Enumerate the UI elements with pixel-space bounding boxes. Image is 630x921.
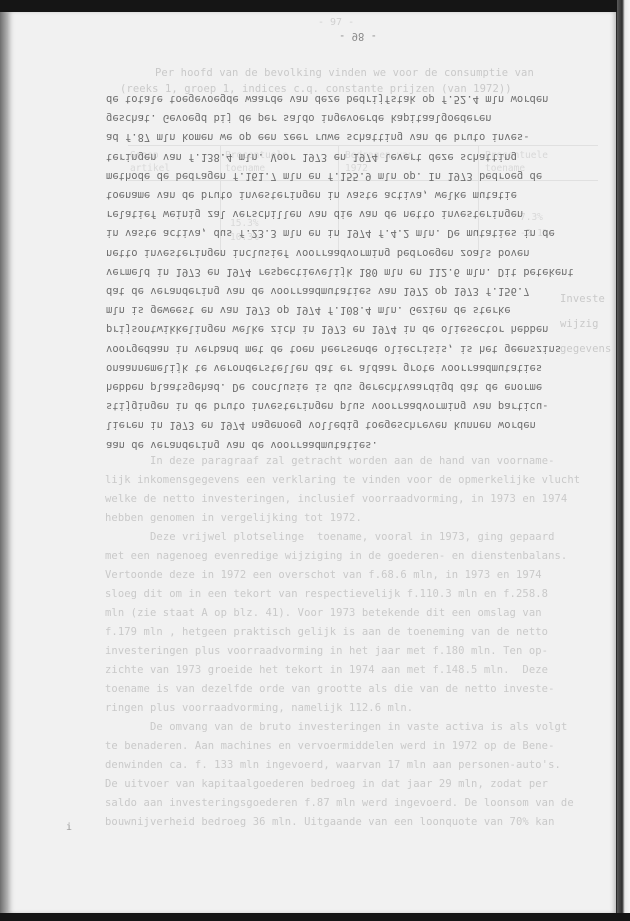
body-line: te benaderen. Aan machines en vervoermid… xyxy=(105,740,555,752)
margin-mark: i xyxy=(66,822,72,833)
body-line: zichte van 1973 groeide het tekort in 19… xyxy=(105,664,548,676)
bleed-through-line: in vaste activa, dus f.23.3 mln en in 19… xyxy=(106,227,555,239)
bleed-through-line: toename van de bruto investeringen in va… xyxy=(106,189,517,201)
bleed-through-line: ad f.87 mln komen we op een zeer ruwe sc… xyxy=(106,131,530,143)
bleed-through-page-number: - 98 - xyxy=(339,30,377,42)
body-line: toename is van dezelfde orde van grootte… xyxy=(105,683,555,695)
body-line: bouwnijverheid bedroeg 36 mln. Uitgaande… xyxy=(105,816,555,828)
margin-fragment: wijzig xyxy=(560,318,599,330)
bleed-through-line: mln is geweest en van 1973 op 1974 f.108… xyxy=(106,304,511,316)
body-line: De omvang van de bruto investeringen in … xyxy=(150,721,567,733)
scan-bottom-border xyxy=(0,913,630,921)
table-cell: 7.3% xyxy=(520,212,543,223)
bleed-through-line: vermeld in 1973 en 1974 respectievelijk … xyxy=(106,266,574,278)
scan-top-border xyxy=(0,0,630,12)
bleed-through-line: onaannemelijk te veronderstellen dat er … xyxy=(106,362,542,374)
body-line: lijk inkomensgegevens een verklaring te … xyxy=(105,474,580,486)
bleed-through-line: stijgingen in de bruto investeringen plu… xyxy=(106,400,549,412)
bleed-through-line: hebben plaatsgehad. De conclusie is dus … xyxy=(106,381,542,393)
body-line: saldo aan investeringsgoederen f.87 mln … xyxy=(105,797,574,809)
body-line: welke de netto investeringen, inclusief … xyxy=(105,493,567,505)
bleed-through-line: aan de verandering van de voorraadmutati… xyxy=(106,439,378,451)
table-rule xyxy=(128,145,598,146)
page-number: - 97 - xyxy=(318,17,354,28)
bleed-through-line: methode de bedragen f.161.7 mln en f.155… xyxy=(106,170,542,182)
body-line: In deze paragraaf zal getracht worden aa… xyxy=(150,455,555,467)
bleed-through-line: voorgedaan in verband met de toen heerse… xyxy=(106,343,561,355)
scan-left-edge xyxy=(0,12,8,913)
body-line: De uitvoer van kapitaalgoederen bedroeg … xyxy=(105,778,548,790)
front-top-line: Per hoofd van de bevolking vinden we voo… xyxy=(155,67,534,79)
body-line: hebben genomen in vergelijking tot 1972. xyxy=(105,512,362,524)
bleed-through-line: relatief weinig zal verschillen van die … xyxy=(106,208,523,220)
body-line: Deze vrijwel plotselinge toename, vooral… xyxy=(150,531,555,543)
bleed-through-line: geschat. Gevoegd bij de per saldo ingevo… xyxy=(106,112,492,124)
bleed-through-line: de totale toegevoegde waarde van deze be… xyxy=(106,93,549,105)
body-line: ringen plus voorraadvorming, namelijk 11… xyxy=(105,702,413,714)
body-line: sloeg dit om in een tekort van respectie… xyxy=(105,588,548,600)
scan-right-edge xyxy=(617,0,630,921)
body-line: investeringen plus voorraadvorming in he… xyxy=(105,645,548,657)
bleed-through-line: dat de verandering van de voorraadmutati… xyxy=(106,285,530,297)
bleed-through-line: prijsontwikkelingen welke zich in 1973 e… xyxy=(106,323,549,335)
bleed-through-line: teringen van f.138.4 mln. Voor 1973 en 1… xyxy=(106,151,517,163)
body-line: Vertoonde deze in 1972 een overschot van… xyxy=(105,569,542,581)
bleed-through-line: netto investeringen inclusief voorraadvo… xyxy=(106,247,530,259)
body-line: f.179 mln , hetgeen praktisch gelijk is … xyxy=(105,626,548,638)
bleed-through-line: lieren in 1973 en 1974 nagenoeg volledig… xyxy=(106,419,536,431)
margin-fragment: Investe xyxy=(560,293,605,305)
body-line: mln (zie staat A op blz. 41). Voor 1973 … xyxy=(105,607,542,619)
body-line: denwinden ca. f. 133 mln ingevoerd, waar… xyxy=(105,759,561,771)
body-line: met een nagenoeg evenredige wijziging in… xyxy=(105,550,567,562)
margin-fragment: gegevens xyxy=(560,343,611,355)
